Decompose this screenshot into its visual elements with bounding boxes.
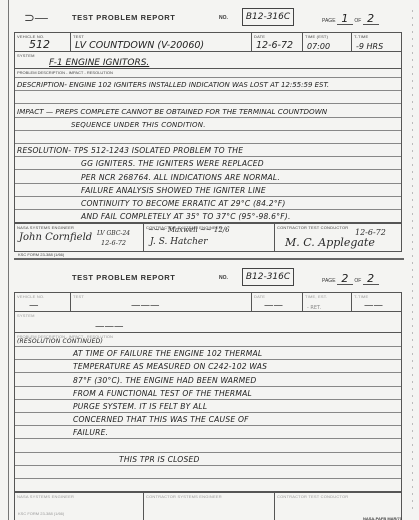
page-total: 2 (363, 13, 379, 25)
nasa-engineer-signature: NASA SYSTEMS ENGINEER John Cornfield LV … (15, 224, 144, 251)
page-edge (8, 0, 9, 520)
nasa-engineer-date: 12-6-72 (101, 239, 126, 247)
problem-description: PROBLEM DESCRIPTION - IMPACT - RESOLUTIO… (14, 332, 402, 492)
t-time-field: T-TIME —— (352, 293, 401, 311)
text-line: DESCRIPTION- ENGINE 102 IGNITERS INSTALL… (15, 78, 401, 91)
text-line: RESOLUTION- TPS 512-1243 ISOLATED PROBLE… (15, 144, 401, 157)
text-line (15, 466, 401, 479)
vehicle-no-field: VEHICLE NO. — (15, 293, 71, 311)
report-number: B12-316C (242, 8, 294, 26)
text-line: AT TIME OF FAILURE THE ENGINE 102 THERMA… (15, 347, 401, 360)
time-field: TIME (EST) 07:00 (303, 33, 352, 51)
text-line (15, 91, 401, 104)
test-conductor-name: M. C. Applegate (285, 236, 375, 249)
test-value: ——— (131, 300, 160, 311)
vehicle-no-value: — (29, 300, 39, 311)
text-line: FROM A FUNCTIONAL TEST OF THE THERMAL (15, 387, 401, 400)
date-label: DATE (254, 34, 265, 39)
scan-artifact (412, 10, 413, 510)
date-label: DATE (254, 294, 265, 299)
text-line: (RESOLUTION CONTINUED) (15, 333, 401, 347)
date-value: 12-6-72 (256, 40, 293, 51)
page-divider (14, 258, 404, 260)
signature-row: NASA SYSTEMS ENGINEER John Cornfield LV … (14, 223, 402, 252)
test-field: TEST ——— (71, 293, 252, 311)
text-line (15, 131, 401, 144)
test-field: TEST LV COUNTDOWN (V-20060) (71, 33, 252, 51)
contractor-engineer-label: CONTRACTOR SYSTEMS ENGINEER (146, 494, 222, 499)
text-line: FAILURE ANALYSIS SHOWED THE IGNITER LINE (15, 184, 401, 197)
nasa-engineer-label: NASA SYSTEMS ENGINEER (17, 225, 74, 230)
text-line: AND FAIL COMPLETELY AT 35° TO 37°C (95°-… (15, 210, 401, 222)
system-field: SYSTEM F-1 ENGINE IGNITORS. (14, 51, 402, 68)
page-label: PAGE (322, 278, 336, 284)
report-title: TEST PROBLEM REPORT (72, 273, 176, 282)
text-line: GG IGNITERS. THE IGNITERS WERE REPLACED (15, 157, 401, 170)
nasa-engineer-label: NASA SYSTEMS ENGINEER (17, 494, 74, 499)
contractor-engineer-scribble: ~~~ Maxwell ~~ 12/6 (148, 226, 230, 234)
contractor-engineer-signature: CONTRACTOR SYSTEMS ENGINEER ~~~ Maxwell … (144, 224, 275, 251)
text-line: SEQUENCE UNDER THIS CONDITION. (15, 118, 401, 131)
report-no-label: NO. (219, 15, 228, 21)
report-header: TEST PROBLEM REPORT NO. B12-316C PAGE 2 … (14, 262, 402, 292)
text-line: THIS TPR IS CLOSED (15, 453, 401, 466)
page-total: 2 (363, 273, 379, 285)
form-number: KSC FORM 23-388 (1/66) (18, 511, 64, 516)
t-time-label: T-TIME (354, 294, 368, 299)
report-no-label: NO. (219, 275, 228, 281)
time-field: TIME, EST. - RET. (303, 293, 352, 311)
report-header: ⊃— TEST PROBLEM REPORT NO. B12-316C PAGE… (14, 2, 402, 32)
text-line: IMPACT — PREPS COMPLETE CANNOT BE OBTAIN… (15, 104, 401, 117)
system-value: F-1 ENGINE IGNITORS. (49, 58, 149, 68)
text-line: CONCERNED THAT THIS WAS THE CAUSE OF (15, 413, 401, 426)
nasa-engineer-name: John Cornfield (19, 232, 92, 243)
text-line: TEMPERATURE AS MEASURED ON C242-102 WAS (15, 360, 401, 373)
of-label: OF (354, 18, 361, 24)
system-value: ——— (95, 321, 124, 332)
page-indicator: PAGE 2 OF 2 (322, 273, 379, 285)
contractor-engineer-name: J. S. Hatcher (150, 237, 208, 247)
text-line: 87°F (30°C). THE ENGINE HAD BEEN WARMED (15, 373, 401, 386)
nasa-logo-icon: ⊃— (24, 10, 48, 26)
form-number: KSC FORM 23-388 (1/66) (18, 252, 64, 257)
system-label: SYSTEM (17, 53, 35, 58)
tpr-page-1: ⊃— TEST PROBLEM REPORT NO. B12-316C PAGE… (14, 2, 402, 252)
date-field: DATE —— (252, 293, 303, 311)
date-value: —— (264, 300, 283, 311)
date-field: DATE 12-6-72 (252, 33, 303, 51)
t-time-value: -9 HRS (356, 42, 383, 51)
nasa-engineer-note: LV GBC-24 (97, 230, 130, 237)
signature-row: NASA SYSTEMS ENGINEER CONTRACTOR SYSTEMS… (14, 492, 402, 520)
text-line (15, 69, 401, 78)
tpr-page-2: TEST PROBLEM REPORT NO. B12-316C PAGE 2 … (14, 262, 402, 520)
system-label: SYSTEM (17, 313, 35, 318)
t-time-label: T-TIME (354, 34, 368, 39)
vehicle-no-value: 512 (29, 38, 50, 51)
vehicle-no-label: VEHICLE NO. (17, 294, 45, 299)
t-time-field: T-TIME -9 HRS (352, 33, 401, 51)
test-conductor-label: CONTRACTOR TEST CONDUCTOR (277, 225, 348, 230)
test-value: LV COUNTDOWN (V-20060) (75, 40, 204, 51)
vehicle-no-field: VEHICLE NO. 512 (15, 33, 71, 51)
report-title: TEST PROBLEM REPORT (72, 13, 176, 22)
time-value: 07:00 (307, 42, 330, 51)
text-line: CONTINUITY TO BECOME ERRATIC AT 29°C (84… (15, 197, 401, 210)
info-row: VEHICLE NO. 512 TEST LV COUNTDOWN (V-200… (14, 32, 402, 51)
footer-code: NASA-PAFB MAR/70 (363, 516, 402, 520)
page-number: 2 (337, 273, 353, 285)
problem-description: PROBLEM DESCRIPTION - IMPACT - RESOLUTIO… (14, 68, 402, 223)
time-label: TIME (EST) (305, 34, 328, 39)
time-label: TIME, EST. (305, 294, 327, 299)
t-time-value: —— (364, 300, 383, 311)
of-label: OF (354, 278, 361, 284)
text-line: PURGE SYSTEM. IT IS FELT BY ALL (15, 400, 401, 413)
report-number: B12-316C (242, 268, 294, 286)
text-line: PER NCR 268764. ALL INDICATIONS ARE NORM… (15, 170, 401, 183)
page-label: PAGE (322, 18, 336, 24)
test-label: TEST (73, 294, 84, 299)
test-label: TEST (73, 34, 84, 39)
page-indicator: PAGE 1 OF 2 (322, 13, 379, 25)
test-conductor-label: CONTRACTOR TEST CONDUCTOR (277, 494, 348, 499)
text-line: FAILURE. (15, 426, 401, 439)
info-row: VEHICLE NO. — TEST ——— DATE —— TIME, EST… (14, 292, 402, 311)
test-conductor-signature: CONTRACTOR TEST CONDUCTOR 12-6-72 M. C. … (275, 224, 401, 251)
text-line (15, 439, 401, 452)
contractor-engineer-signature: CONTRACTOR SYSTEMS ENGINEER (144, 493, 275, 520)
text-line (15, 479, 401, 491)
page-number: 1 (337, 13, 353, 25)
system-field: SYSTEM ——— (14, 311, 402, 332)
